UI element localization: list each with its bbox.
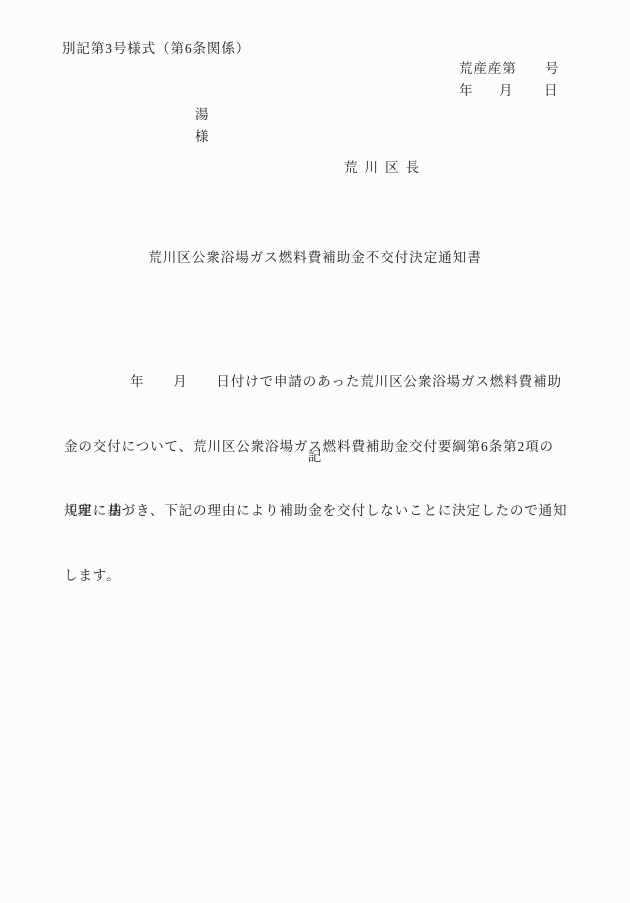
addressee-name-placeholder: 湯 [195, 103, 209, 123]
body-line: します。 [64, 565, 574, 587]
body-line: 規定に基づき、下記の理由により補助金を交付しないことに決定したので通知 [64, 500, 574, 522]
date-year-label: 年 [459, 79, 473, 99]
date-month-label: 月 [499, 79, 513, 99]
body-paragraph: 年 月 日付けで申請のあった荒川区公衆浴場ガス燃料費補助 金の交付について、荒川… [64, 328, 574, 629]
document-title: 荒川区公衆浴場ガス燃料費補助金不交付決定通知書 [0, 246, 630, 266]
document-number-suffix: 号 [545, 57, 559, 77]
date-day-label: 日 [544, 79, 558, 99]
document-number-prefix: 荒産産第 [459, 57, 517, 77]
form-number-label: 別記第3号様式（第6条関係） [62, 37, 250, 57]
sender-title: 荒川区長 [344, 156, 426, 176]
body-line: 年 月 日付けで申請のあった荒川区公衆浴場ガス燃料費補助 [64, 371, 574, 393]
addressee-honorific: 様 [195, 125, 209, 145]
ki-section-marker: 記 [0, 445, 630, 465]
document-page: 別記第3号様式（第6条関係） 荒産産第 号 年 月 日 湯 様 荒川区長 荒川区… [0, 0, 630, 903]
reason-section-label: （理 由） [62, 499, 140, 519]
